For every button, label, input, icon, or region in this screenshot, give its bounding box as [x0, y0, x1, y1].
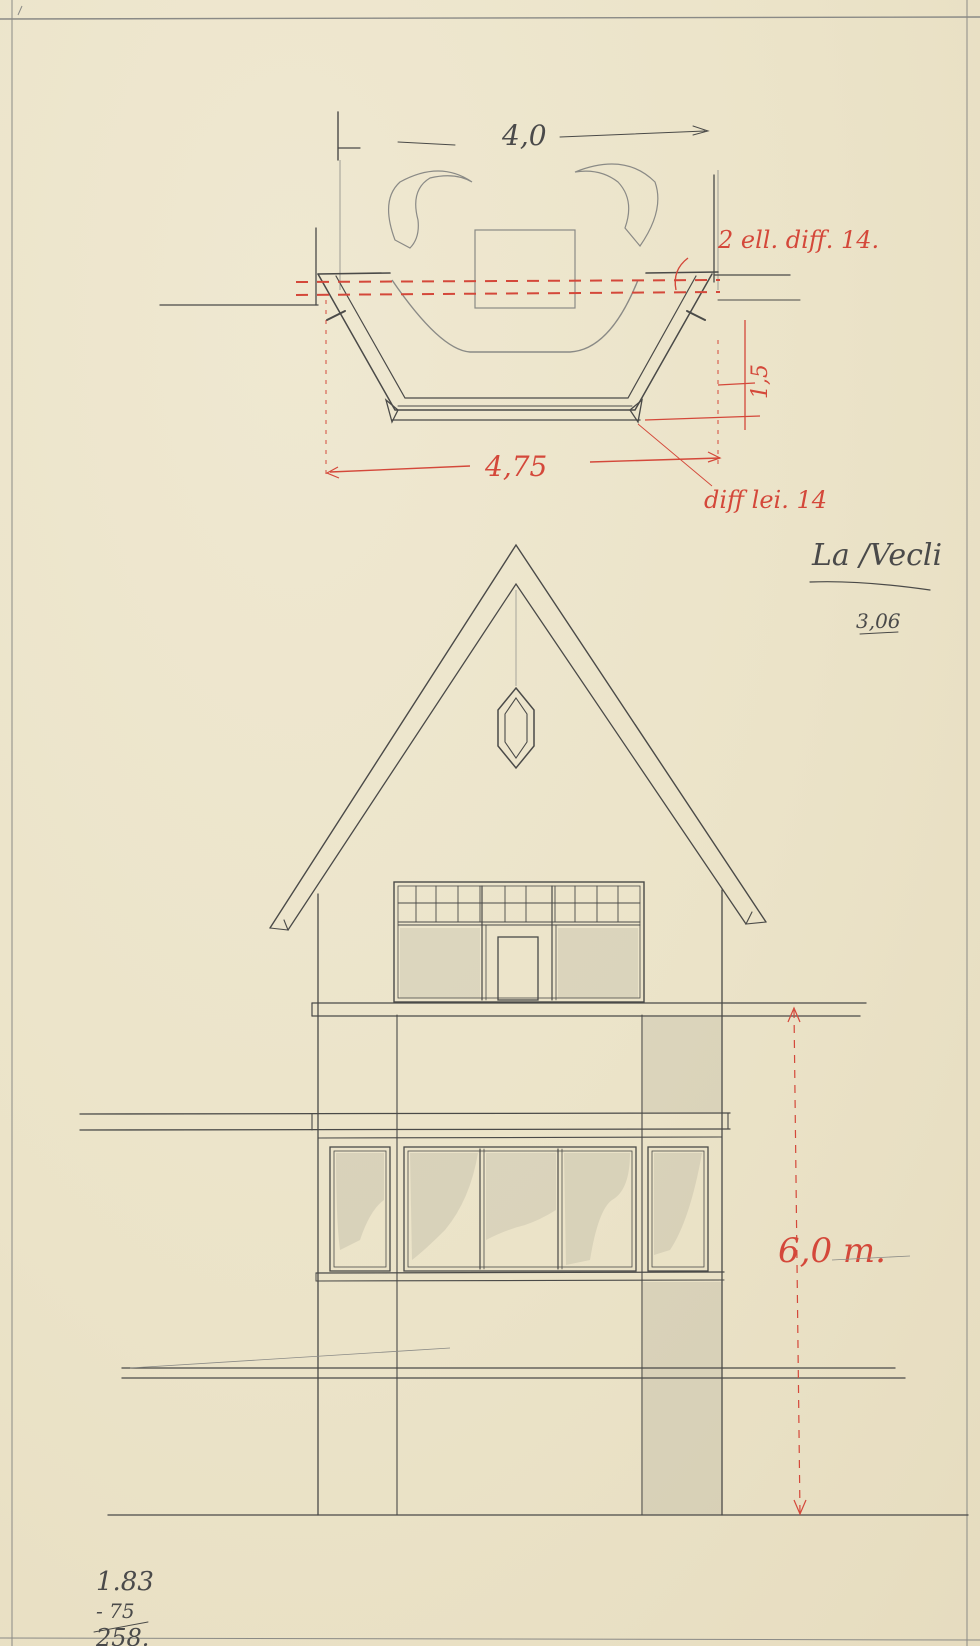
shaded-pier-upper — [643, 1017, 722, 1112]
front-elevation: 6,0 m. — [80, 545, 968, 1515]
plan-note-top: 2 ell. diff. 14. — [717, 226, 879, 254]
plan-top-dimension: 4,0 — [501, 119, 547, 152]
calc-line-3: 258. — [95, 1624, 149, 1646]
shaded-pier-lower — [643, 1282, 722, 1515]
first-floor-windows — [330, 1147, 708, 1271]
signature-number: 3,06 — [856, 609, 901, 633]
drawing-canvas: 4,0 4,75 1,5 2 ell. diff. 14. diff lei. … — [0, 0, 980, 1646]
height-dimension: 6,0 m. — [778, 1231, 886, 1271]
signature: La /Vecli — [811, 538, 942, 573]
plan-bay-window: 4,0 4,75 1,5 2 ell. diff. 14. diff lei. … — [160, 112, 879, 514]
calc-line-2: - 75 — [96, 1599, 135, 1623]
plan-depth-dimension: 1,5 — [748, 364, 773, 399]
signature-block: La /Vecli 3,06 — [810, 538, 942, 634]
plan-bottom-dimension: 4,75 — [484, 450, 547, 483]
drawing-sheet: 4,0 4,75 1,5 2 ell. diff. 14. diff lei. … — [0, 0, 980, 1646]
calc-line-1: 1.83 — [96, 1567, 154, 1597]
calculation-notes: 1.83 - 75 258. — [94, 1567, 154, 1646]
plan-note-bottom: diff lei. 14 — [704, 486, 827, 514]
upper-window-grid — [394, 882, 644, 1002]
